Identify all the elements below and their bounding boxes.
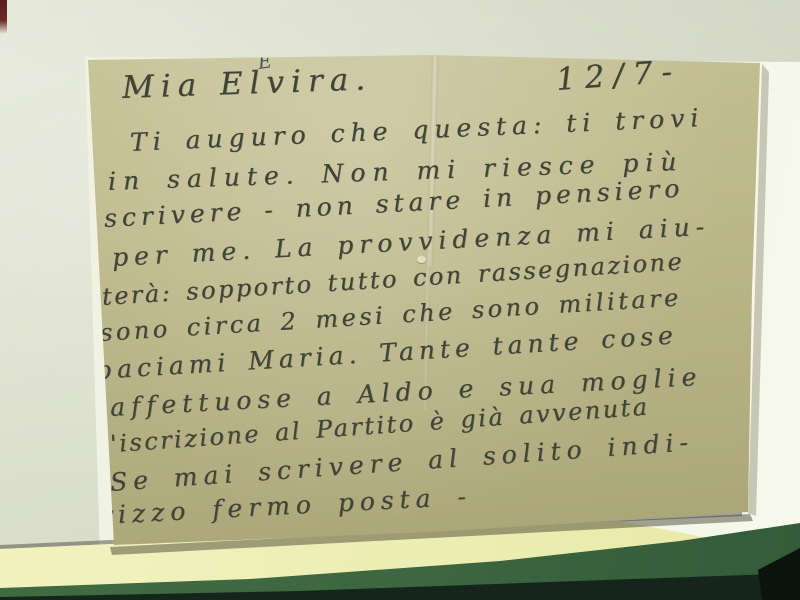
date: 12/7-	[555, 53, 682, 98]
correction-mark: E	[256, 50, 273, 74]
postcard: Mia Elvira. E 12/7- Ti auguro che questa…	[0, 0, 800, 600]
paper-speck	[417, 256, 426, 263]
photo-of-handwritten-postcard: Mia Elvira. E 12/7- Ti auguro che questa…	[0, 0, 800, 600]
maroon-corner-mark	[0, 0, 7, 34]
salutation: Mia Elvira.	[121, 61, 372, 106]
